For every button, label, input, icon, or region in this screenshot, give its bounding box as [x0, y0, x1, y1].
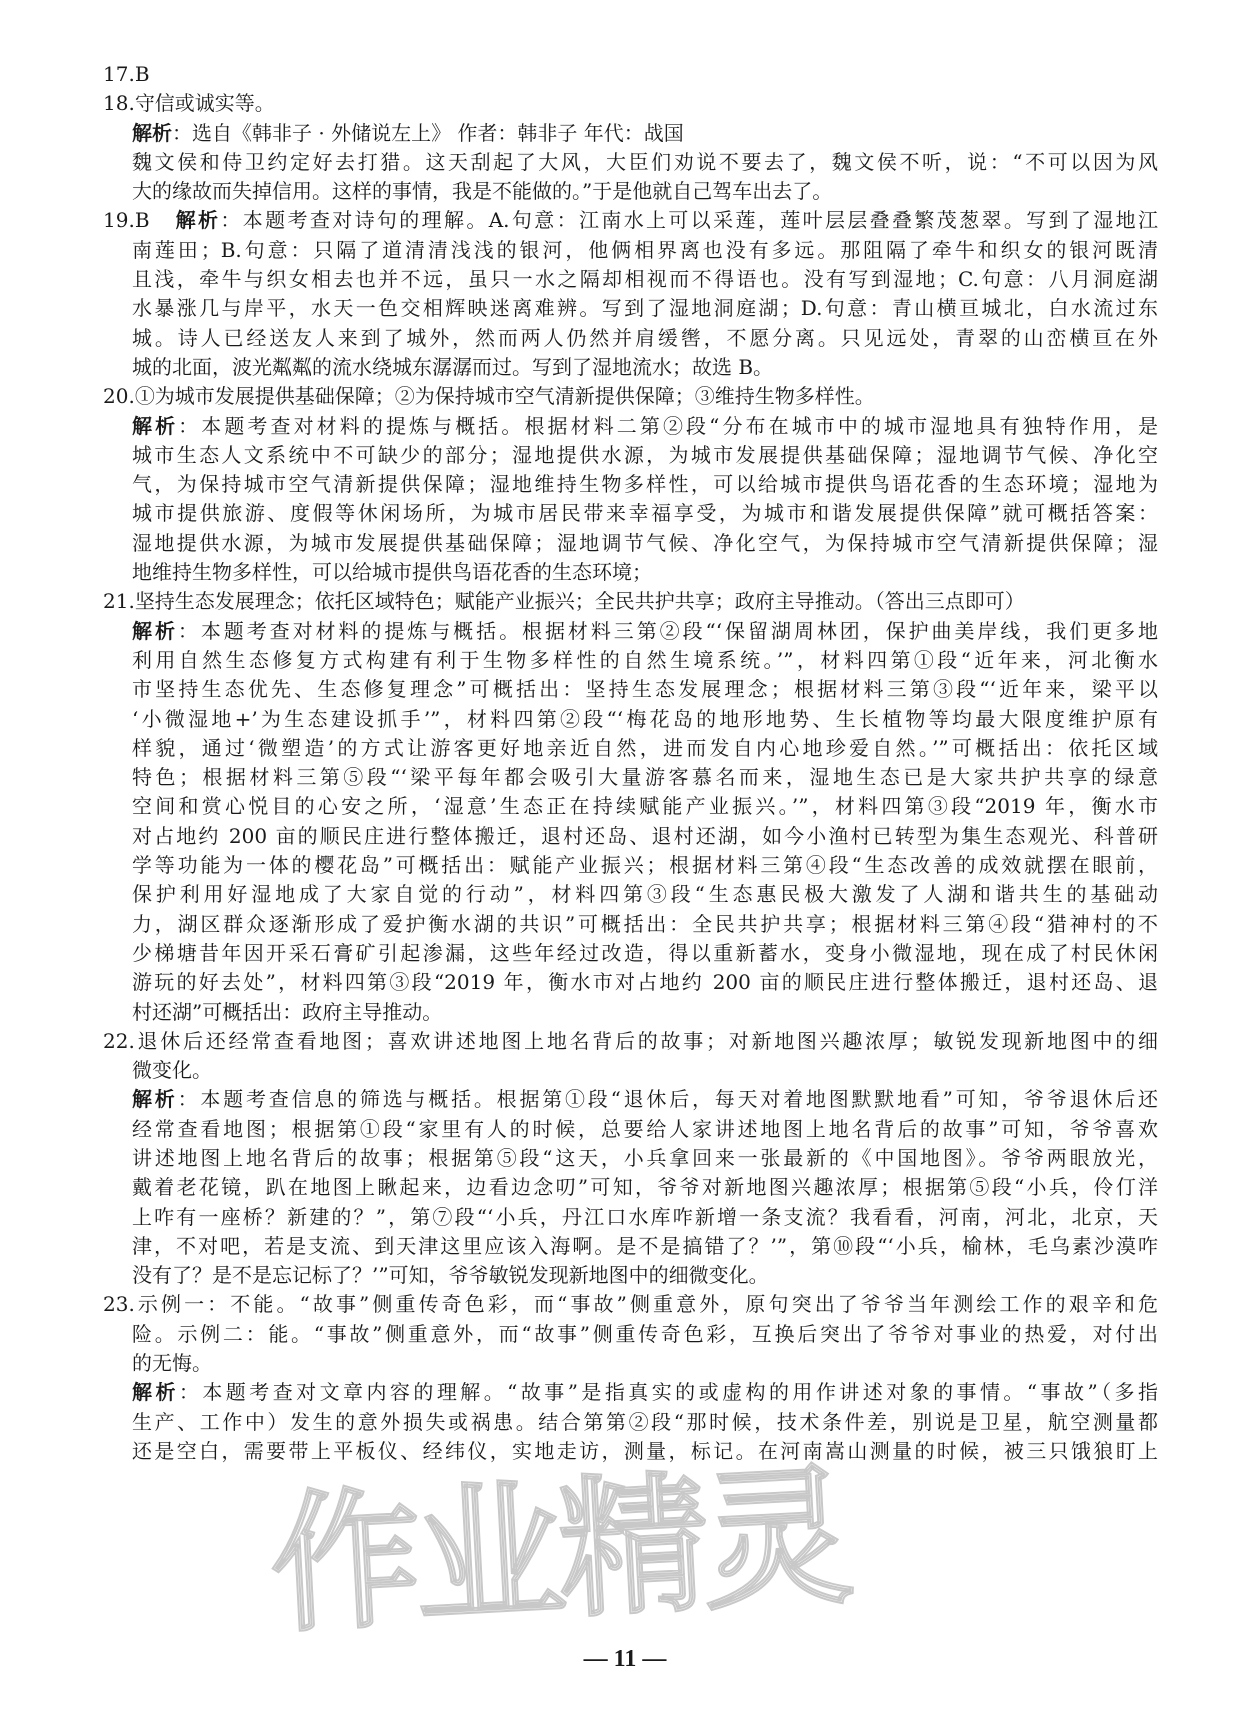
q20-analysis-line: 地维持生物多样性，可以给城市提供鸟语花香的生态环境；: [103, 558, 1158, 587]
q23-analysis-line: 生产、工作中）发生的意外损失或祸患。结合第第②段“那时候，技术条件差，别说是卫星…: [103, 1408, 1158, 1437]
question-number: 23.: [103, 1292, 135, 1316]
analysis-text: ：本题考查对材料的提炼与概括。根据材料二第②段“分布在城市中的城市湿地具有独特作…: [178, 414, 1158, 438]
answer-content: 17.B 18.守信或诚实等。 解析：选自《韩非子 · 外储说左上》 作者：韩非…: [103, 60, 1158, 1466]
q19-analysis-line: 城。诗人已经送友人来到了城外，然而两人仍然并肩缓辔，不愿分离。只见远处，青翠的山…: [103, 324, 1158, 353]
question-number: 21.: [103, 589, 135, 613]
q19-analysis-line: 南莲田；B.句意：只隔了道清清浅浅的银河，他俩相界离也没有多远。那阻隔了牵牛和织…: [103, 236, 1158, 265]
q20-analysis-line: 气，为保持城市空气清新提供保障；湿地维持生物多样性，可以给城市提供鸟语花香的生态…: [103, 470, 1158, 499]
question-number: 17.: [103, 62, 135, 86]
analysis-text: ：选自《韩非子 · 外储说左上》 作者：韩非子 年代：战国: [172, 121, 684, 145]
page-number: — 11 —: [0, 1646, 1250, 1673]
q21-analysis-line: 力，湖区群众逐渐形成了爱护衡水湖的共识”可概括出：全民共护共享；根据材料三第④段…: [103, 910, 1158, 939]
q18-analysis-line: 大的缘故而失掉信用。这样的事情，我是不能做的。”于是他就自己驾车出去了。: [103, 177, 1158, 206]
answer-text: B: [135, 208, 150, 232]
q21-analysis-line: 保护利用好湿地成了大家自觉的行动”，材料四第③段“生态惠民极大激发了人湖和谐共生…: [103, 880, 1158, 909]
answer-text: 退休后还经常查看地图；喜欢讲述地图上地名背后的故事；对新地图兴趣浓厚；敏锐发现新…: [135, 1029, 1158, 1053]
analysis-label: 解析: [132, 121, 172, 145]
q19-analysis-line: 且浅，牵牛与织女相去也并不远，虽只一水之隔却相视而不得语也。没有写到湿地；C.句…: [103, 265, 1158, 294]
answer-key-page: 17.B 18.守信或诚实等。 解析：选自《韩非子 · 外储说左上》 作者：韩非…: [0, 0, 1250, 1735]
analysis-label: 解析: [132, 619, 178, 643]
q20-analysis-line: 城市提供旅游、度假等休闲场所，为城市居民带来幸福享受，为城市和谐发展提供保障”就…: [103, 499, 1158, 528]
analysis-label: 解析: [132, 1087, 178, 1111]
q23-answer-cont: 的无悔。: [103, 1349, 1158, 1378]
q21-analysis-line: 特色；根据材料三第⑤段“‘梁平每年都会吸引大量游客慕名而来，湿地生态已是大家共护…: [103, 763, 1158, 792]
q22-analysis-line: 津，不对吧，若是支流、到天津这里应该入海啊。是不是搞错了？’”，第⑩段“‘小兵，…: [103, 1232, 1158, 1261]
question-number: 22.: [103, 1029, 135, 1053]
q20-analysis-line: 解析：本题考查对材料的提炼与概括。根据材料二第②段“分布在城市中的城市湿地具有独…: [103, 412, 1158, 441]
q19-answer: 19.B 解析：本题考查对诗句的理解。A.句意：江南水上可以采莲，莲叶层层叠叠繁…: [103, 206, 1158, 235]
q22-analysis-line: 没有了？是不是忘记标了？’”可知，爷爷敏锐发现新地图中的细微变化。: [103, 1261, 1158, 1290]
q21-analysis-line: 样貌，通过‘微塑造’的方式让游客更好地亲近自然，进而发自内心地珍爱自然。’”可概…: [103, 734, 1158, 763]
analysis-label: 解析: [132, 1380, 179, 1404]
question-number: 20.: [103, 384, 135, 408]
q22-analysis-line: 戴着老花镜，趴在地图上瞅起来，边看边念叨”可知，爷爷对新地图兴趣浓厚；根据第⑤段…: [103, 1173, 1158, 1202]
q22-answer: 22.退休后还经常查看地图；喜欢讲述地图上地名背后的故事；对新地图兴趣浓厚；敏锐…: [103, 1027, 1158, 1056]
q21-analysis-line: 市坚持生态优先、生态修复理念”可概括出：坚持生态发展理念；根据材料三第③段“‘近…: [103, 675, 1158, 704]
q20-answer: 20.①为城市发展提供基础保障；②为保持城市空气清新提供保障；③维持生物多样性。: [103, 382, 1158, 411]
q23-answer-cont: 险。示例二：能。“事故”侧重意外，而“故事”侧重传奇色彩，互换后突出了爷爷对事业…: [103, 1320, 1158, 1349]
q17-answer: 17.B: [103, 60, 1158, 89]
answer-text: 示例一：不能。“故事”侧重传奇色彩，而“事故”侧重意外，原句突出了爷爷当年测绘工…: [135, 1292, 1158, 1316]
answer-text: 守信或诚实等。: [135, 91, 275, 115]
q21-analysis-line: 学等功能为一体的樱花岛”可概括出：赋能产业振兴；根据材料三第④段“生态改善的成效…: [103, 851, 1158, 880]
q21-analysis-line: 少梯塘昔年因开采石膏矿引起渗漏，这些年经过改造，得以重新蓄水，变身小微湿地，现在…: [103, 939, 1158, 968]
analysis-label: 解析: [132, 414, 178, 438]
q18-analysis-line: 解析：选自《韩非子 · 外储说左上》 作者：韩非子 年代：战国: [103, 119, 1158, 148]
analysis-text: ：本题考查对文章内容的理解。“故事”是指真实的或虚构的用作讲述对象的事情。“事故…: [179, 1380, 1158, 1404]
q21-analysis-line: 对占地约 200 亩的顺民庄进行整体搬迁，退村还岛、退村还湖，如今小渔村已转型为…: [103, 822, 1158, 851]
q21-analysis-line: 利用自然生态修复方式构建有利于生物多样性的自然生境系统。’”，材料四第①段“近年…: [103, 646, 1158, 675]
q22-analysis-line: 解析：本题考查信息的筛选与概括。根据第①段“退休后，每天对着地图默默地看”可知，…: [103, 1085, 1158, 1114]
q22-answer-cont: 微变化。: [103, 1056, 1158, 1085]
q21-analysis-line: 游玩的好去处”，材料四第③段“2019 年，衡水市对占地约 200 亩的顺民庄进…: [103, 968, 1158, 997]
q23-answer: 23.示例一：不能。“故事”侧重传奇色彩，而“事故”侧重意外，原句突出了爷爷当年…: [103, 1290, 1158, 1319]
q22-analysis-line: 上咋有一座桥？新建的？”，第⑦段“‘小兵，丹江口水库咋新增一条支流？我看看，河南…: [103, 1203, 1158, 1232]
q21-analysis-line: 空间和赏心悦目的心安之所，‘湿意’生态正在持续赋能产业振兴。’”，材料四第③段“…: [103, 792, 1158, 821]
question-number: 19.: [103, 208, 135, 232]
q19-analysis-line: 城的北面，波光粼粼的流水绕城东潺潺而过。写到了湿地流水；故选 B。: [103, 353, 1158, 382]
analysis-text: ：本题考查信息的筛选与概括。根据第①段“退休后，每天对着地图默默地看”可知，爷爷…: [178, 1087, 1158, 1111]
q20-analysis-line: 城市生态人文系统中不可缺少的部分；湿地提供水源，为城市发展提供基础保障；湿地调节…: [103, 441, 1158, 470]
analysis-text: ：本题考查对诗句的理解。A.句意：江南水上可以采莲，莲叶层层叠叠繁茂葱翠。写到了…: [220, 208, 1158, 232]
q21-analysis-line: 解析：本题考查对材料的提炼与概括。根据材料三第②段“‘保留湖周林团，保护曲美岸线…: [103, 617, 1158, 646]
analysis-label: 解析: [176, 208, 221, 232]
analysis-text: ：本题考查对材料的提炼与概括。根据材料三第②段“‘保留湖周林团，保护曲美岸线，我…: [178, 619, 1158, 643]
question-number: 18.: [103, 91, 135, 115]
q22-analysis-line: 经常查看地图；根据第①段“家里有人的时候，总要给人家讲述地图上地名背后的故事”可…: [103, 1115, 1158, 1144]
answer-text: 坚持生态发展理念；依托区域特色；赋能产业振兴；全民共护共享；政府主导推动。（答出…: [135, 589, 1025, 613]
q18-answer: 18.守信或诚实等。: [103, 89, 1158, 118]
answer-text: ①为城市发展提供基础保障；②为保持城市空气清新提供保障；③维持生物多样性。: [135, 384, 875, 408]
q22-analysis-line: 讲述地图上地名背后的故事；根据第⑤段“这天，小兵拿回来一张最新的《中国地图》。爷…: [103, 1144, 1158, 1173]
q23-analysis-line: 还是空白，需要带上平板仪、经纬仪，实地走访，测量，标记。在河南嵩山测量的时候，被…: [103, 1437, 1158, 1466]
q21-answer: 21.坚持生态发展理念；依托区域特色；赋能产业振兴；全民共护共享；政府主导推动。…: [103, 587, 1158, 616]
q21-analysis-line: 村还湖”可概括出：政府主导推动。: [103, 998, 1158, 1027]
q20-analysis-line: 湿地提供水源，为城市发展提供基础保障；湿地调节气候、净化空气，为保持城市空气清新…: [103, 529, 1158, 558]
q23-analysis-line: 解析：本题考查对文章内容的理解。“故事”是指真实的或虚构的用作讲述对象的事情。“…: [103, 1378, 1158, 1407]
answer-text: B: [135, 62, 150, 86]
q18-analysis-line: 魏文侯和侍卫约定好去打猎。这天刮起了大风，大臣们劝说不要去了，魏文侯不听，说：“…: [103, 148, 1158, 177]
q19-analysis-line: 水暴涨几与岸平，水天一色交相辉映迷离难辨。写到了湿地洞庭湖；D.句意：青山横亘城…: [103, 294, 1158, 323]
q21-analysis-line: ‘小微湿地+’为生态建设抓手’”，材料四第②段“‘梅花岛的地形地势、生长植物等均…: [103, 705, 1158, 734]
